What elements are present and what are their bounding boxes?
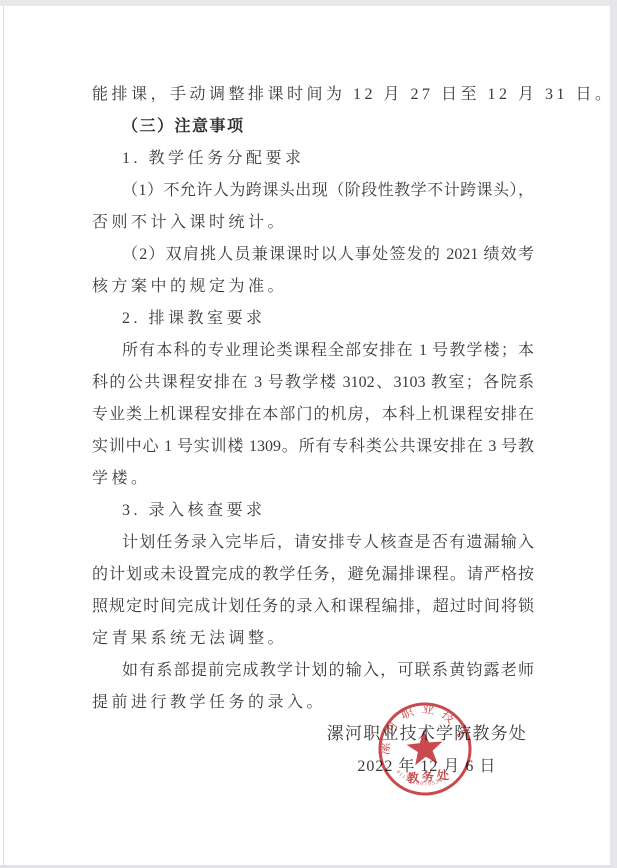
document-body: 能排课，手动调整排课时间为 12 月 27 日至 12 月 31 日。 （三）注…	[92, 79, 534, 719]
document-line: 专业类上机课程安排在本部门的机房，本科上机课程安排在	[92, 399, 534, 431]
document-line: （1）不允许人为跨课头出现（阶段性教学不计跨课头），	[92, 175, 534, 207]
section-heading: （三）注意事项	[92, 111, 534, 143]
document-line: 照规定时间完成计划任务的录入和课程编排，超过时间将锁	[92, 591, 534, 623]
document-line: 实训中心 1 号实训楼 1309。所有专科类公共课安排在 3 号教	[92, 431, 534, 463]
star-icon	[405, 728, 444, 765]
document-line: 定青果系统无法调整。	[92, 623, 534, 655]
document-line: 否则不计入课时统计。	[92, 207, 534, 239]
document-line: 学楼。	[92, 463, 534, 495]
document-line: 科的公共课程安排在 3 号教学楼 3102、3103 教室；各院系	[92, 367, 534, 399]
document-line: 计划任务录入完毕后，请安排专人核查是否有遗漏输入	[92, 527, 534, 559]
document-line: 如有系部提前完成教学计划的输入，可联系黄钧露老师	[92, 655, 534, 687]
document-line: 能排课，手动调整排课时间为 12 月 27 日至 12 月 31 日。	[92, 79, 534, 111]
document-line: （2）双肩挑人员兼课课时以人事处签发的 2021 绩效考	[92, 239, 534, 271]
list-item-heading: 3. 录入核查要求	[92, 495, 534, 527]
seal-graphic: 漯河职业技术学院 教务处 4111010070524	[373, 697, 477, 801]
document-line: 所有本科的专业理论类课程全部安排在 1 号教学楼；本	[92, 335, 534, 367]
page-edge-right	[610, 0, 617, 868]
document-line: 核方案中的规定为准。	[92, 271, 534, 303]
list-item-heading: 1. 教学任务分配要求	[92, 143, 534, 175]
document-line: 的计划或未设置完成的教学任务，避免漏排课程。请严格按	[92, 559, 534, 591]
page-edge-left	[3, 6, 4, 866]
official-seal: 漯河职业技术学院 教务处 4111010070524	[373, 697, 477, 801]
page-edge-top	[0, 0, 617, 6]
document-page: 能排课，手动调整排课时间为 12 月 27 日至 12 月 31 日。 （三）注…	[0, 0, 617, 868]
list-item-heading: 2. 排课教室要求	[92, 303, 534, 335]
